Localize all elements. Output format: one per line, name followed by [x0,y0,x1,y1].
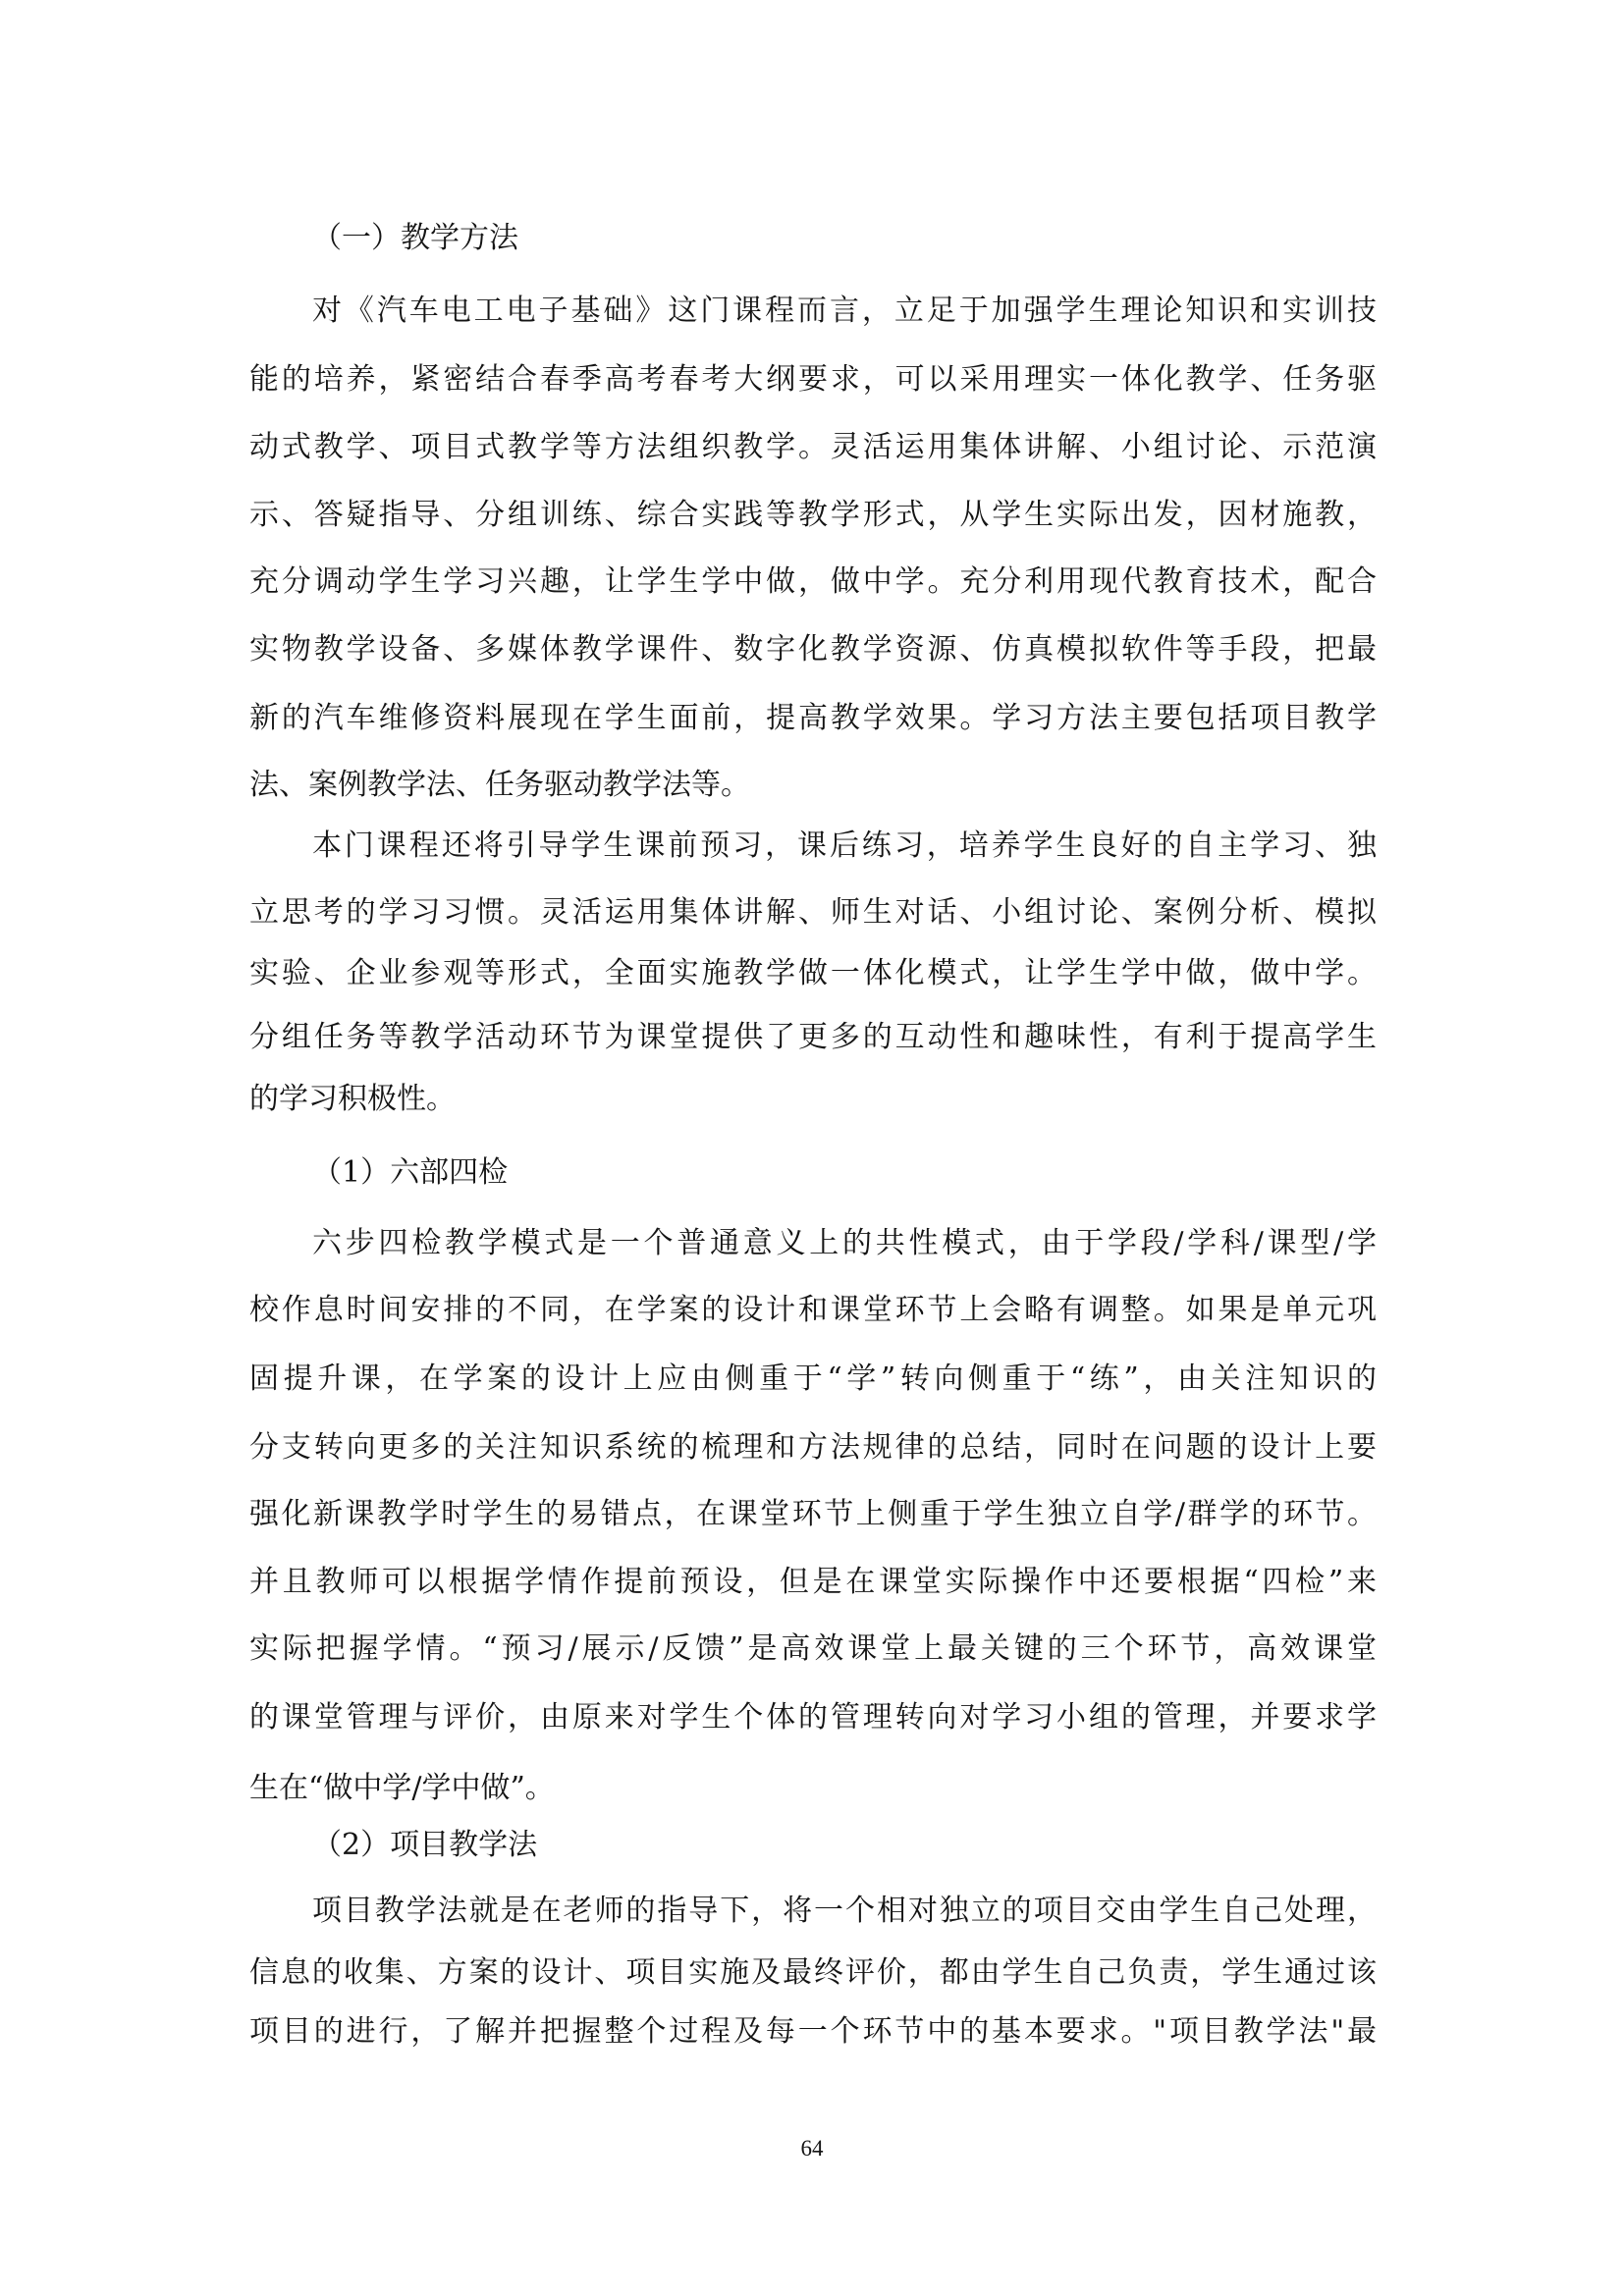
section-heading-six-steps-four-checks: （1）六部四检 [312,1153,508,1193]
paragraph-line: 强​化​新​课​教​学​时​学​生​的​易​错​点​，​在​课​堂​环​节​上​… [249,1495,1377,1534]
paragraph-line: 的学习积极性。 [249,1080,1377,1119]
paragraph-line: 立​思​考​的​学​习​习​惯​。​灵​活​运​用​集​体​讲​解​、​师​生​… [249,893,1377,933]
section-heading-teaching-methods: （一）教学方法 [312,219,518,258]
paragraph-line: 实​验​、​企​业​参​观​等​形​式​，​全​面​实​施​教​学​做​一​体​… [249,954,1377,993]
paragraph-line: 生在“做中学/学中做”。 [249,1769,1377,1808]
paragraph-line: 对​《​汽​车​电​工​电​子​基​础​》​这​门​课​程​而​言​，​立​足​… [312,292,1377,331]
paragraph-line: 信​息​的​收​集​、​方​案​的​设​计​、​项​目​实​施​及​最​终​评​… [249,1953,1377,1993]
paragraph-line: 固​提​升​课​，​在​学​案​的​设​计​上​应​由​侧​重​于​“​学​”​… [249,1360,1377,1399]
paragraph-line: 项​目​教​学​法​就​是​在​老​师​的​指​导​下​，​将​一​个​相​对​… [312,1892,1377,1931]
paragraph-line: 分​支​转​向​更​多​的​关​注​知​识​系​统​的​梳​理​和​方​法​规​… [249,1428,1377,1468]
paragraph-line: 实​物​教​学​设​备​、​多​媒​体​教​学​课​件​、​数​字​化​教​学​… [249,630,1377,669]
section-heading-project-teaching: （2）项目教学法 [312,1826,537,1865]
paragraph-line: 动​式​教​学​、​项​目​式​教​学​等​方​法​组​织​教​学​。​灵​活​… [249,428,1377,467]
paragraph-line: 能​的​培​养​，​紧​密​结​合​春​季​高​考​春​考​大​纲​要​求​，​… [249,360,1377,400]
paragraph-line: 新​的​汽​车​维​修​资​料​展​现​在​学​生​面​前​，​提​高​教​学​… [249,699,1377,738]
paragraph-line: 项​目​的​进​行​，​了​解​并​把​握​整​个​过​程​及​每​一​个​环​… [249,2012,1377,2052]
paragraph-line: 分​组​任​务​等​教​学​活​动​环​节​为​课​堂​提​供​了​更​多​的​… [249,1018,1377,1057]
paragraph-line: 法、案例教学法、任务驱动教学法等。 [249,766,1377,805]
paragraph-line: 本​门​课​程​还​将​引​导​学​生​课​前​预​习​，​课​后​练​习​，​… [312,827,1377,866]
paragraph-line: 充​分​调​动​学​生​学​习​兴​趣​，​让​学​生​学​中​做​，​做​中​… [249,562,1377,602]
paragraph-line: 示​、​答​疑​指​导​、​分​组​训​练​、​综​合​实​践​等​教​学​形​… [249,496,1377,535]
paragraph-line: 并​且​教​师​可​以​根​据​学​情​作​提​前​预​设​，​但​是​在​课​… [249,1563,1377,1602]
paragraph-line: 校​作​息​时​间​安​排​的​不​同​，​在​学​案​的​设​计​和​课​堂​… [249,1291,1377,1330]
paragraph-line: 的​课​堂​管​理​与​评​价​，​由​原​来​对​学​生​个​体​的​管​理​… [249,1698,1377,1737]
paragraph-line: 实​际​把​握​学​情​。​“​预​习​/​展​示​/​反​馈​”​是​高​效​… [249,1629,1377,1669]
paragraph-line: 六​步​四​检​教​学​模​式​是​一​个​普​通​意​义​上​的​共​性​模​… [312,1224,1377,1263]
document-page: （一）教学方法 对​《​汽​车​电​工​电​子​基​础​》​这​门​课​程​而​… [0,0,1624,2296]
page-number: 64 [0,2134,1624,2163]
